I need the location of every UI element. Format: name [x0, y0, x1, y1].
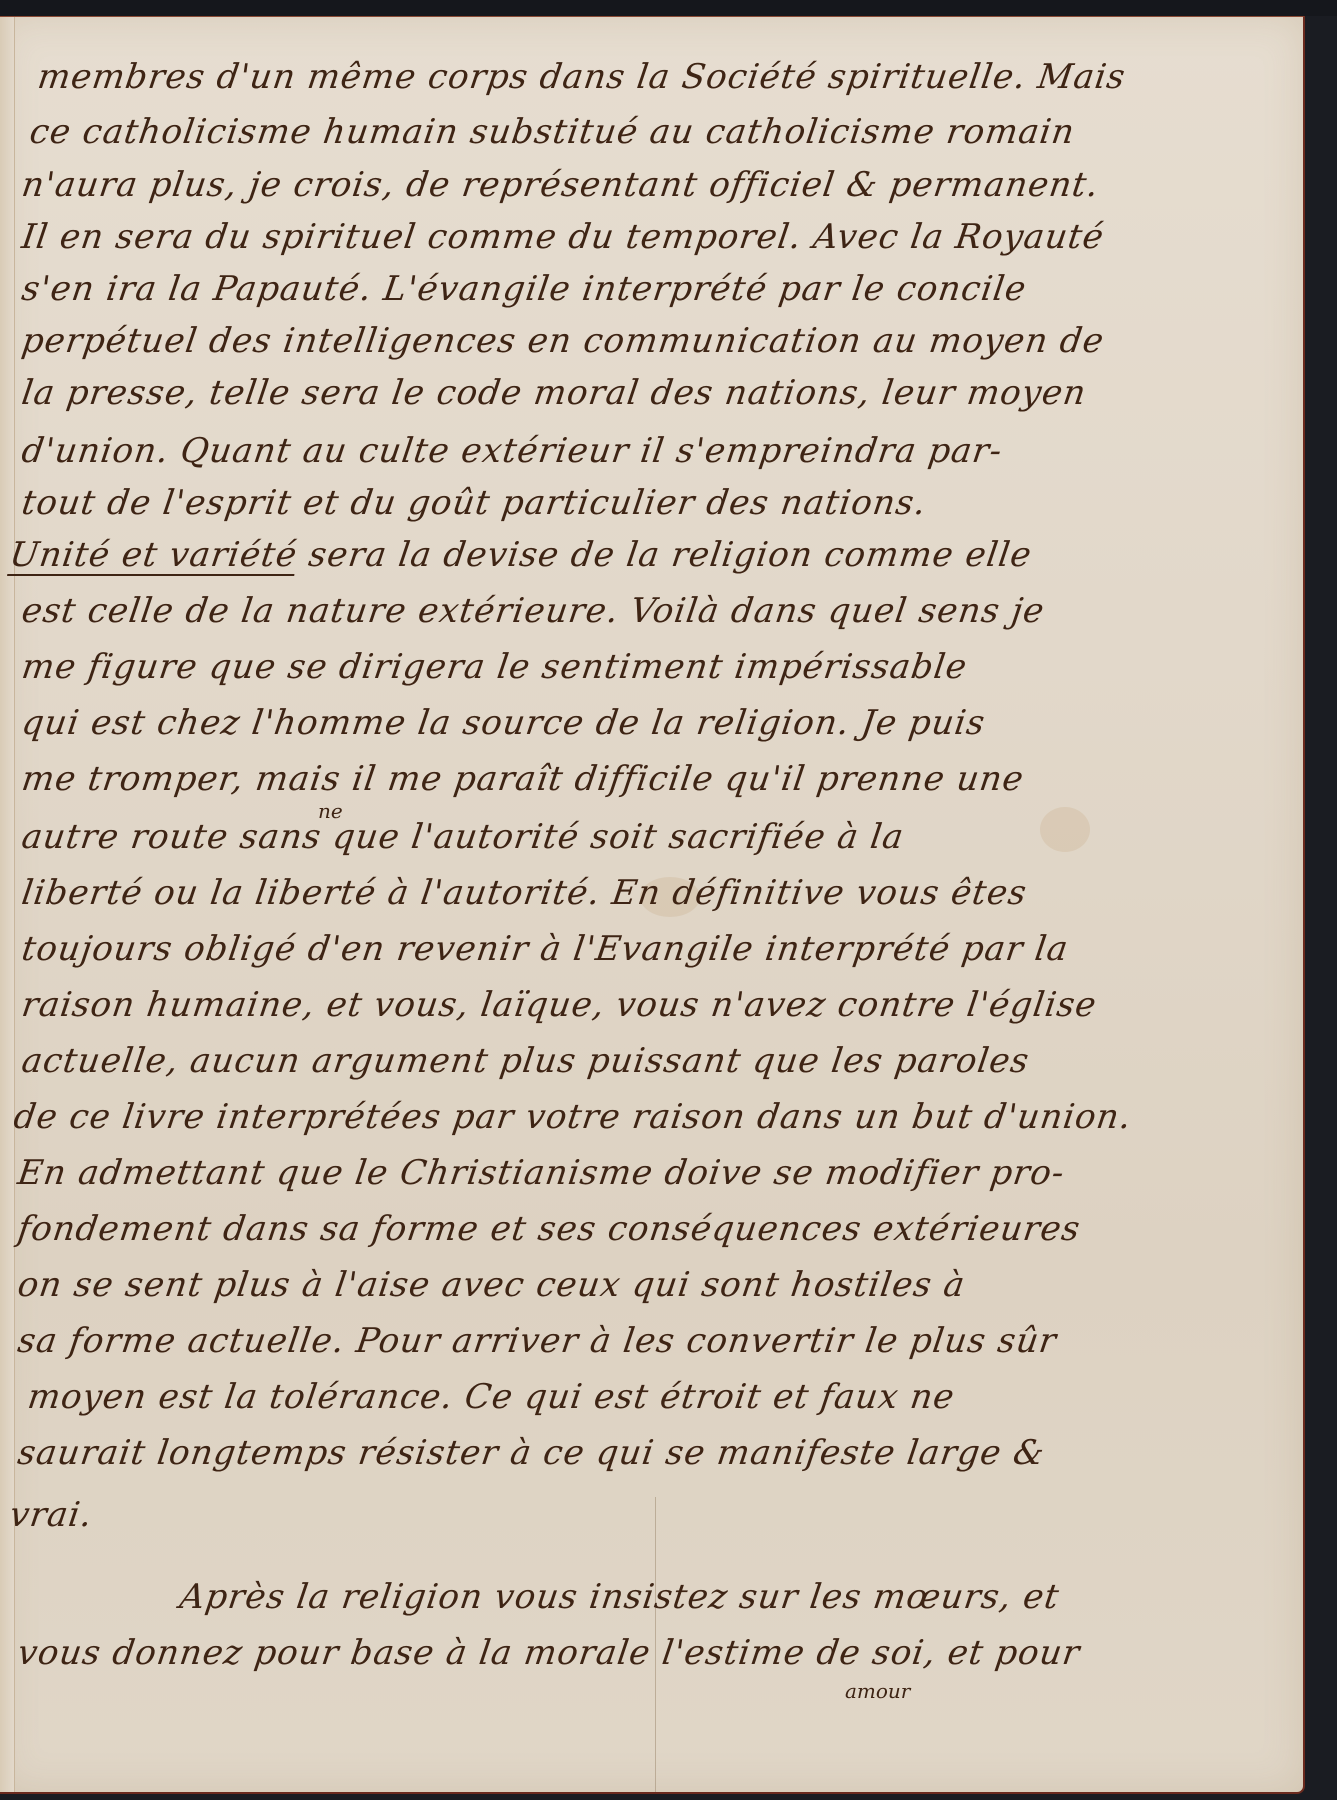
- inserted-correction: amour: [845, 1679, 910, 1703]
- text-line-5: s'en ira la Papauté. L'évangile interpré…: [19, 269, 1029, 309]
- text-line-4: Il en sera du spirituel comme du tempore…: [19, 217, 1107, 257]
- paper-stain: [1040, 807, 1090, 852]
- text-line-16: liberté ou la liberté à l'autorité. En d…: [19, 873, 1029, 913]
- text-line-24: sa forme actuelle. Pour arriver à les co…: [15, 1321, 1059, 1361]
- text-line-15: autre route sans que l'autorité soit sac…: [19, 817, 906, 857]
- text-line-9: tout de l'esprit et du goût particulier …: [19, 483, 929, 523]
- text-line-23: on se sent plus à l'aise avec ceux qui s…: [15, 1265, 968, 1305]
- text-line-6: perpétuel des intelligences en communica…: [19, 321, 1107, 361]
- text-line-26: saurait longtemps résister à ce qui se m…: [15, 1433, 1047, 1473]
- text-line-25: moyen est la tolérance. Ce qui est étroi…: [25, 1377, 957, 1417]
- scan-backdrop: [0, 0, 1337, 16]
- text-line-10-rest: sera la devise de la religion comme elle: [306, 535, 1034, 575]
- text-line-12: me figure que se dirigera le sentiment i…: [19, 647, 970, 687]
- text-line-3: n'aura plus, je crois, de représentant o…: [19, 165, 1101, 205]
- underlined-motto: Unité et variété: [7, 535, 300, 575]
- manuscript-page: membres d'un même corps dans la Société …: [0, 16, 1305, 1794]
- text-line-21: En admettant que le Christianisme doive …: [15, 1153, 1067, 1193]
- text-line-17: toujours obligé d'en revenir à l'Evangil…: [19, 929, 1071, 969]
- text-line-10: Unité et variété sera la devise de la re…: [7, 535, 1034, 575]
- text-line-18: raison humaine, et vous, laïque, vous n'…: [19, 985, 1099, 1025]
- text-line-11: est celle de la nature extérieure. Voilà…: [19, 591, 1047, 631]
- text-line-22: fondement dans sa forme et ses conséquen…: [15, 1209, 1083, 1249]
- text-line-1: membres d'un même corps dans la Société …: [35, 57, 1128, 97]
- text-line-2: ce catholicisme humain substitué au cath…: [27, 112, 1077, 152]
- text-line-19: actuelle, aucun argument plus puissant q…: [19, 1041, 1032, 1081]
- text-line-14: me tromper, mais il me paraît difficile …: [19, 759, 1026, 799]
- text-line-13: qui est chez l'homme la source de la rel…: [19, 703, 988, 743]
- text-line-28: Après la religion vous insistez sur les …: [177, 1577, 1062, 1617]
- text-line-8: d'union. Quant au culte extérieur il s'e…: [19, 431, 1005, 471]
- text-line-20: de ce livre interprétées par votre raiso…: [11, 1097, 1134, 1137]
- text-line-27: vrai.: [7, 1495, 95, 1535]
- text-line-29: vous donnez pour base à la morale l'esti…: [15, 1633, 1083, 1673]
- text-line-7: la presse, telle sera le code moral des …: [19, 373, 1089, 413]
